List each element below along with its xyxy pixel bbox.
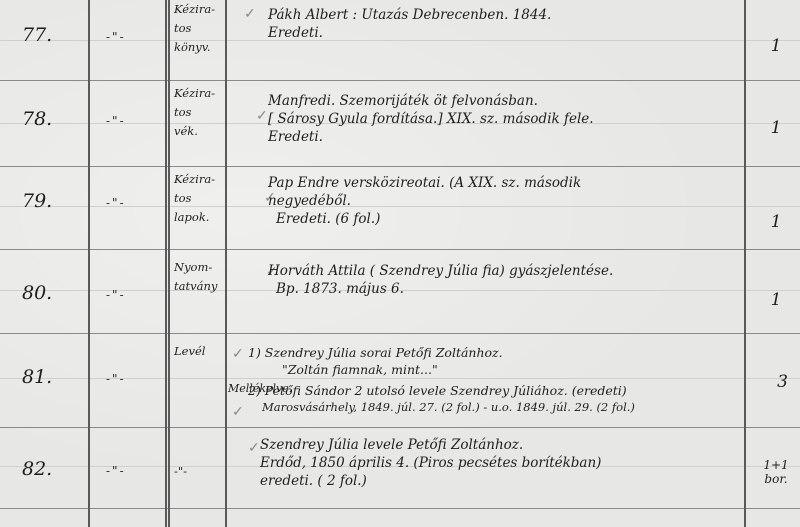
- description-line: Horváth Attila ( Szendrey Júlia fia) gyá…: [268, 262, 738, 280]
- item-description: Horváth Attila ( Szendrey Júlia fia) gyá…: [268, 262, 738, 298]
- type-line: Kézira-: [174, 170, 224, 189]
- description-line: Pap Endre versközireotai. (A XIX. sz. má…: [268, 174, 738, 192]
- checkmark-icon: ✓: [232, 404, 244, 420]
- description-line: 1) Szendrey Júlia sorai Petőfi Zoltánhoz…: [248, 344, 718, 361]
- type-line: Levél: [174, 342, 224, 361]
- checkmark-icon: ✓: [232, 346, 244, 362]
- description-line: Bp. 1873. május 6.: [268, 280, 738, 298]
- row-divider: [0, 166, 800, 167]
- column-divider: [744, 0, 746, 527]
- entry-number: 81.: [22, 366, 52, 388]
- description-line: "Zoltán fiamnak, mint...": [248, 361, 718, 378]
- description-line: Eredeti.: [268, 128, 738, 146]
- item-quantity: 1: [752, 290, 800, 310]
- type-line: tatvány: [174, 277, 224, 296]
- type-line: Kézira-: [174, 0, 224, 19]
- type-line: vék.: [174, 122, 224, 141]
- row-divider: [0, 333, 800, 334]
- description-line: 2) Petőfi Sándor 2 utolsó levele Szendre…: [248, 382, 718, 399]
- type-line: könyv.: [174, 38, 224, 57]
- ditto-mark: -"-: [106, 464, 126, 478]
- item-description: 1) Szendrey Júlia sorai Petőfi Zoltánhoz…: [248, 344, 718, 416]
- checkmark-icon: ✓: [244, 6, 256, 22]
- description-line: [ Sárosy Gyula fordítása.] XIX. sz. máso…: [268, 110, 738, 128]
- item-description: Pákh Albert : Utazás Debrecenben. 1844. …: [268, 6, 738, 42]
- column-divider: [165, 0, 167, 527]
- type-line: Nyom-: [174, 258, 224, 277]
- type-line: lapok.: [174, 208, 224, 227]
- ditto-mark: -"-: [106, 288, 126, 302]
- ledger-page: 77. -"- Kézira- tos könyv. ✓ Pákh Albert…: [0, 0, 800, 527]
- row-divider: [0, 249, 800, 250]
- ditto-mark: -"-: [106, 372, 126, 386]
- column-divider: [225, 0, 227, 527]
- description-line: Eredeti.: [268, 24, 738, 42]
- entry-number: 80.: [22, 282, 52, 304]
- item-quantity: 1+1 bor.: [752, 458, 800, 486]
- item-quantity: 3: [754, 372, 788, 392]
- description-line: eredeti. ( 2 fol.): [260, 472, 730, 490]
- entry-number: 78.: [22, 108, 52, 130]
- item-type: Kézira- tos vék.: [174, 84, 224, 141]
- entry-number: 79.: [22, 190, 52, 212]
- entry-number: 82.: [22, 458, 52, 480]
- description-line: Manfredi. Szemorijáték öt felvonásban.: [268, 92, 738, 110]
- item-type: Levél: [174, 342, 224, 361]
- entry-number: 77.: [22, 24, 52, 46]
- type-line: tos: [174, 19, 224, 38]
- item-quantity: 1: [752, 118, 800, 138]
- ditto-mark: -"-: [106, 114, 126, 128]
- row-divider: [0, 508, 800, 509]
- checkmark-icon: ✓: [256, 108, 268, 124]
- item-type: Kézira- tos lapok.: [174, 170, 224, 227]
- type-line: tos: [174, 189, 224, 208]
- item-quantity: 1: [752, 36, 800, 56]
- column-divider: [168, 0, 170, 527]
- item-type: -"-: [174, 462, 224, 481]
- ditto-mark: -"-: [106, 30, 126, 44]
- description-line: Marosvásárhely, 1849. júl. 27. (2 fol.) …: [248, 399, 718, 416]
- item-description: Manfredi. Szemorijáték öt felvonásban. […: [268, 92, 738, 146]
- row-divider: [0, 427, 800, 428]
- type-line: tos: [174, 103, 224, 122]
- description-line: negyedéből.: [268, 192, 738, 210]
- row-divider: [0, 80, 800, 81]
- description-line: Erdőd, 1850 április 4. (Piros pecsétes b…: [260, 454, 730, 472]
- checkmark-icon: ✓: [248, 440, 260, 456]
- description-line: Szendrey Júlia levele Petőfi Zoltánhoz.: [260, 436, 730, 454]
- type-line: -"-: [174, 462, 224, 481]
- description-line: Pákh Albert : Utazás Debrecenben. 1844.: [268, 6, 738, 24]
- item-quantity: 1: [752, 212, 800, 232]
- item-description: Szendrey Júlia levele Petőfi Zoltánhoz. …: [260, 436, 730, 490]
- column-divider: [88, 0, 90, 527]
- item-description: Pap Endre versközireotai. (A XIX. sz. má…: [268, 174, 738, 228]
- type-line: Kézira-: [174, 84, 224, 103]
- description-line: Eredeti. (6 fol.): [268, 210, 738, 228]
- item-type: Kézira- tos könyv.: [174, 0, 224, 57]
- item-type: Nyom- tatvány: [174, 258, 224, 296]
- ditto-mark: -"-: [106, 196, 126, 210]
